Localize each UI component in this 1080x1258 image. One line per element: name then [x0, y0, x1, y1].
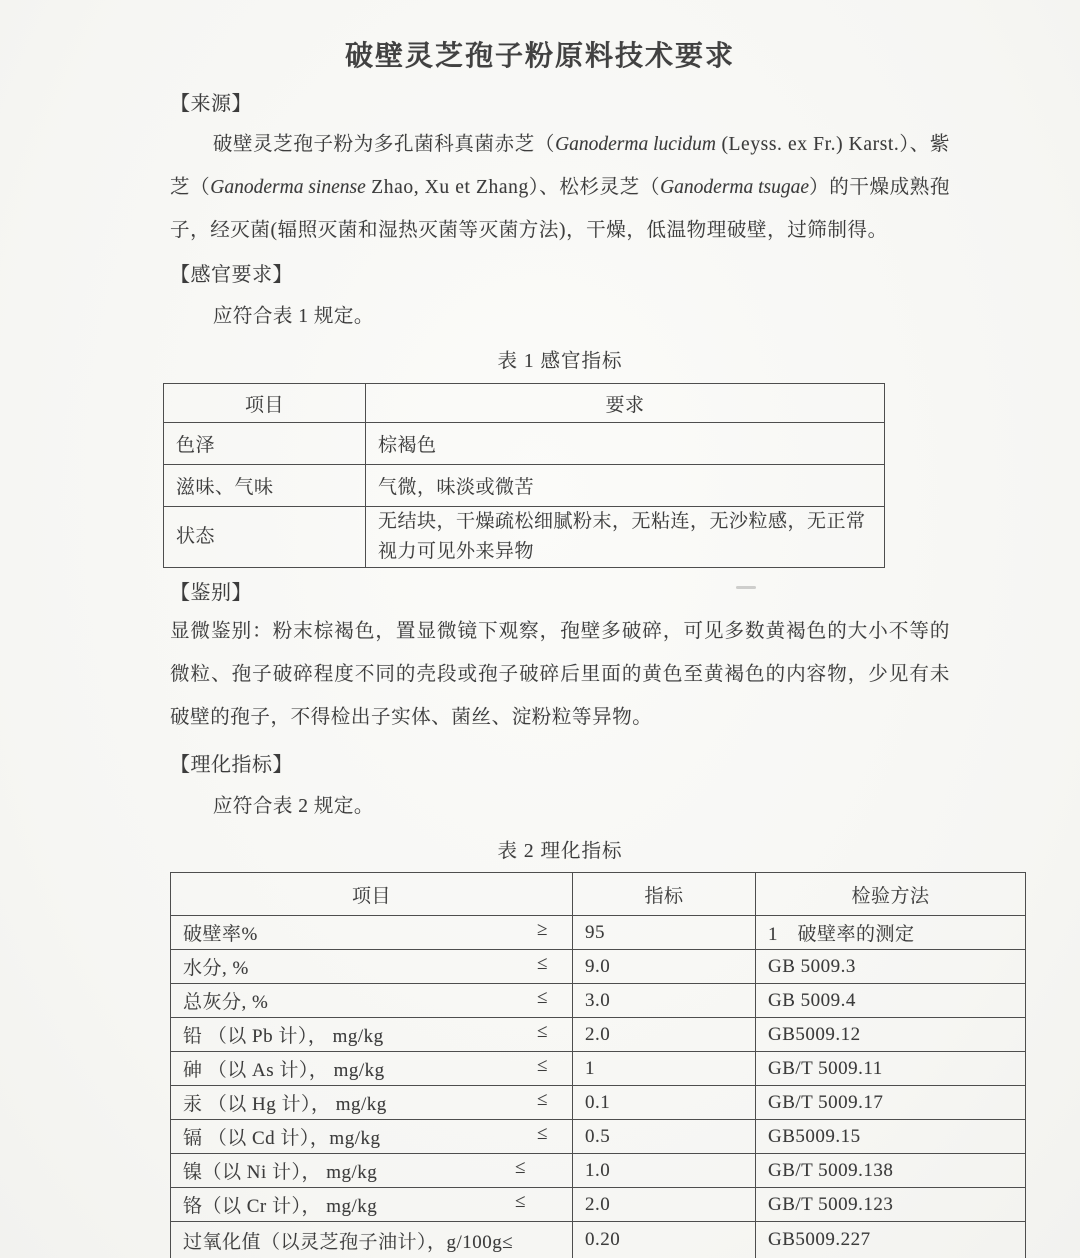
row-peroxide-value: 0.20: [573, 1222, 756, 1258]
table2-header-item: 项目: [171, 873, 573, 916]
latin-name-ganoderma-sinense: Ganoderma sinense: [210, 177, 365, 198]
row-chromium-method: GB/T 5009.123: [756, 1188, 1026, 1222]
row-wall-broken-rate-value: 95: [573, 916, 756, 950]
row-moisture-item: 水分, %≤: [171, 950, 573, 984]
row-peroxide-item: 过氧化值（以灵芝孢子油计），g/100g≤: [171, 1222, 573, 1258]
row-peroxide-method: GB5009.227: [756, 1222, 1026, 1258]
row-mercury-item: 汞 （以 Hg 计）， mg/kg≤: [171, 1086, 573, 1120]
identification-paragraph: 显微鉴别：粉末棕褐色，置显微镜下观察，孢壁多破碎，可见多数黄褐色的大小不等的微粒…: [170, 610, 950, 739]
table1-req-taste: 气微，味淡或微苦: [366, 465, 885, 507]
row-arsenic-value: 1: [573, 1052, 756, 1086]
sensory-table: 项目 要求 色泽 棕褐色 滋味、气味 气微，味淡或微苦 状态 无结块，干燥疏松细…: [163, 383, 885, 568]
row-chromium-value: 2.0: [573, 1188, 756, 1222]
table-header-row: 项目 要求: [164, 384, 885, 423]
row-mercury-value: 0.1: [573, 1086, 756, 1120]
lte-symbol: ≤: [537, 1089, 560, 1111]
table-row: 总灰分, %≤ 3.0 GB 5009.4: [171, 984, 1026, 1018]
lte-symbol: ≤: [537, 1021, 560, 1043]
row-lead-value: 2.0: [573, 1018, 756, 1052]
row-moisture-value: 9.0: [573, 950, 756, 984]
table1-header-item: 项目: [164, 384, 366, 423]
source-seg-1: 破壁灵芝孢子粉为多孔菌科真菌赤芝（: [213, 134, 555, 155]
document-content: 【来源】 破壁灵芝孢子粉为多孔菌科真菌赤芝（Ganoderma lucidum …: [0, 90, 1080, 1258]
row-cadmium-item: 镉 （以 Cd 计），mg/kg≤: [171, 1120, 573, 1154]
table-row: 色泽 棕褐色: [164, 423, 885, 465]
document-page: 破壁灵芝孢子粉原料技术要求 【来源】 破壁灵芝孢子粉为多孔菌科真菌赤芝（Gano…: [0, 0, 1080, 1258]
table1-caption: 表 1 感官指标: [170, 348, 950, 375]
table-row: 砷 （以 As 计）， mg/kg≤ 1 GB/T 5009.11: [171, 1052, 1026, 1086]
gte-symbol: ≥: [537, 919, 560, 941]
row-nickel-value: 1.0: [573, 1154, 756, 1188]
table1-header-requirement: 要求: [366, 384, 885, 423]
table-row: 铬（以 Cr 计）， mg/kg≤ 2.0 GB/T 5009.123: [171, 1188, 1026, 1222]
source-seg-5: Zhao, Xu et Zhang）、松杉灵芝（: [366, 177, 660, 198]
row-lead-method: GB5009.12: [756, 1018, 1026, 1052]
section-heading-physchem: 【理化指标】: [170, 751, 950, 779]
row-arsenic-method: GB/T 5009.11: [756, 1052, 1026, 1086]
table-row: 镍（以 Ni 计）， mg/kg≤ 1.0 GB/T 5009.138: [171, 1154, 1026, 1188]
table2-header-value: 指标: [573, 873, 756, 916]
table-row: 状态 无结块，干燥疏松细腻粉末，无粘连，无沙粒感，无正常视力可见外来异物: [164, 507, 885, 568]
row-ash-method: GB 5009.4: [756, 984, 1026, 1018]
sensory-note: 应符合表 1 规定。: [170, 303, 950, 331]
table-row: 破壁率%≥ 95 1 破壁率的测定: [171, 916, 1026, 950]
row-mercury-method: GB/T 5009.17: [756, 1086, 1026, 1120]
section-heading-source: 【来源】: [170, 90, 950, 118]
row-arsenic-item: 砷 （以 As 计）， mg/kg≤: [171, 1052, 573, 1086]
row-lead-item: 铅 （以 Pb 计）， mg/kg≤: [171, 1018, 573, 1052]
row-nickel-item: 镍（以 Ni 计）， mg/kg≤: [171, 1154, 573, 1188]
row-wall-broken-rate-method: 1 破壁率的测定: [756, 916, 1026, 950]
lte-symbol: ≤: [515, 1191, 560, 1213]
row-cadmium-method: GB5009.15: [756, 1120, 1026, 1154]
table1-item-color: 色泽: [164, 423, 366, 465]
row-moisture-method: GB 5009.3: [756, 950, 1026, 984]
table-header-row: 项目 指标 检验方法: [171, 873, 1026, 916]
table2-caption: 表 2 理化指标: [170, 838, 950, 865]
row-chromium-item: 铬（以 Cr 计）， mg/kg≤: [171, 1188, 573, 1222]
table-row: 滋味、气味 气微，味淡或微苦: [164, 465, 885, 507]
lte-symbol: ≤: [537, 1055, 560, 1077]
latin-name-ganoderma-lucidum: Ganoderma lucidum: [555, 134, 716, 155]
section-heading-sensory: 【感官要求】: [170, 261, 950, 289]
physchem-note: 应符合表 2 规定。: [170, 793, 950, 821]
table-row: 过氧化值（以灵芝孢子油计），g/100g≤ 0.20 GB5009.227: [171, 1222, 1026, 1258]
lte-symbol: ≤: [537, 953, 560, 975]
table1-item-state: 状态: [164, 507, 366, 568]
doc-title: 破壁灵芝孢子粉原料技术要求: [0, 0, 1080, 74]
table1-req-color: 棕褐色: [366, 423, 885, 465]
row-nickel-method: GB/T 5009.138: [756, 1154, 1026, 1188]
lte-symbol: ≤: [515, 1157, 560, 1179]
source-paragraph: 破壁灵芝孢子粉为多孔菌科真菌赤芝（Ganoderma lucidum (Leys…: [170, 123, 950, 252]
lte-symbol: ≤: [537, 987, 560, 1009]
table-row: 水分, %≤ 9.0 GB 5009.3: [171, 950, 1026, 984]
table1-item-taste: 滋味、气味: [164, 465, 366, 507]
table1-req-state: 无结块，干燥疏松细腻粉末，无粘连，无沙粒感，无正常视力可见外来异物: [366, 507, 885, 568]
physchem-table: 项目 指标 检验方法 破壁率%≥ 95 1 破壁率的测定 水分, %≤ 9.0 …: [170, 872, 1026, 1258]
lte-symbol: ≤: [537, 1123, 560, 1145]
row-wall-broken-rate-item: 破壁率%≥: [171, 916, 573, 950]
scan-artifact: [736, 586, 756, 589]
row-ash-item: 总灰分, %≤: [171, 984, 573, 1018]
table-row: 镉 （以 Cd 计），mg/kg≤ 0.5 GB5009.15: [171, 1120, 1026, 1154]
table-row: 铅 （以 Pb 计）， mg/kg≤ 2.0 GB5009.12: [171, 1018, 1026, 1052]
row-cadmium-value: 0.5: [573, 1120, 756, 1154]
latin-name-ganoderma-tsugae: Ganoderma tsugae: [660, 177, 809, 198]
table2-header-method: 检验方法: [756, 873, 1026, 916]
table-row: 汞 （以 Hg 计）， mg/kg≤ 0.1 GB/T 5009.17: [171, 1086, 1026, 1120]
section-heading-identification: 【鉴别】: [170, 579, 950, 607]
row-ash-value: 3.0: [573, 984, 756, 1018]
